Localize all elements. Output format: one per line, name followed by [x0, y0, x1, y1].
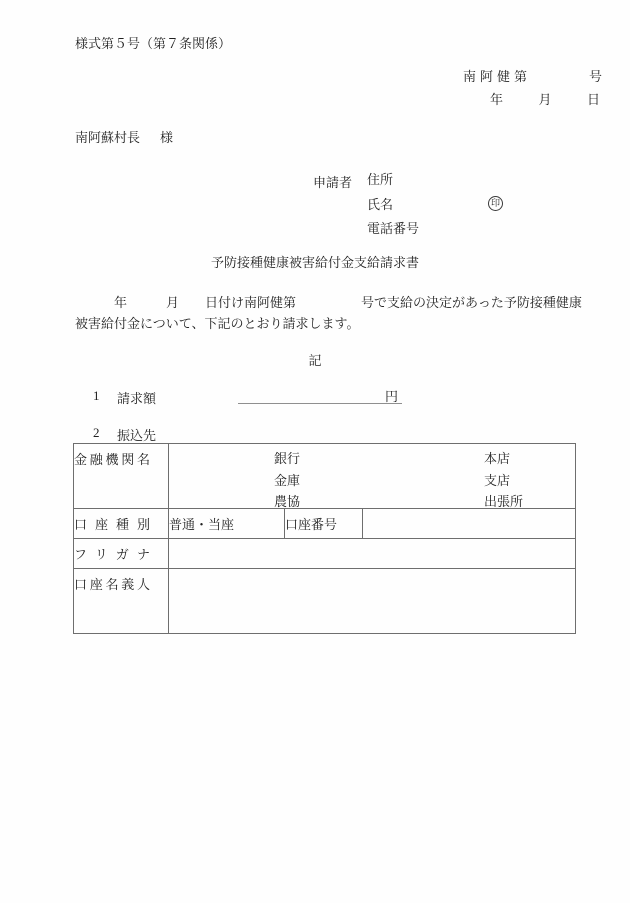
date-year-label: 年 [490, 89, 503, 108]
addressee-honorific: 様 [160, 130, 173, 145]
branch-type-sub-branch: 出張所 [484, 491, 523, 513]
applicant-name-line[interactable]: 氏名印 [367, 197, 503, 222]
account-holder-label-cell: 口座名義人 [74, 569, 169, 634]
form-code: 様式第５号（第７条関係） [75, 33, 231, 52]
seal-mark-icon: 印 [488, 196, 503, 211]
furigana-label: フリガナ [74, 544, 150, 563]
account-number-input-cell[interactable] [363, 509, 576, 539]
address-label: 住所 [367, 172, 393, 187]
body-paragraph-line2: 被害給付金について、下記のとおり請求します。 [75, 313, 359, 332]
account-holder-label: 口座名義人 [74, 574, 150, 593]
institution-type-options: 銀行 金庫 農協 [274, 448, 300, 513]
branch-type-head-office: 本店 [484, 448, 523, 470]
document-number-line: 南阿健第 号 [463, 66, 602, 85]
furigana-label-cell: フリガナ [74, 539, 169, 569]
document-page: 様式第５号（第７条関係） 南阿健第 号 年 月 日 南阿蘇村長様 申請者 住所 … [0, 0, 630, 903]
document-number-prefix: 南阿健第 [463, 66, 531, 85]
account-type-label: 口座種別 [74, 514, 150, 533]
item1-number: 1 [93, 388, 100, 404]
document-title: 予防接種健康被害給付金支給請求書 [0, 252, 630, 271]
account-type-label-cell: 口座種別 [74, 509, 169, 539]
bank-transfer-table: 金融機関名 銀行 金庫 農協 本店 支店 出張所 口座種別 普通・当座 [73, 443, 576, 634]
item2-number: 2 [93, 425, 100, 441]
phone-label: 電話番号 [367, 221, 419, 236]
claim-amount-label: 請求額 [117, 388, 156, 407]
record-mark: 記 [0, 350, 630, 369]
yen-unit-label: 円 [385, 389, 398, 404]
claim-amount-row: 1 請求額 円 [0, 388, 630, 410]
date-month-label: 月 [538, 89, 551, 108]
addressee-name: 南阿蘇村長 [75, 130, 140, 145]
account-number-label: 口座番号 [285, 517, 337, 532]
applicant-block: 申請者 住所 氏名印 電話番号 [313, 172, 503, 246]
applicant-address-line[interactable]: 住所 [367, 172, 503, 197]
claim-amount-blank-field[interactable]: 円 [238, 386, 402, 404]
financial-institution-label: 金融機関名 [74, 449, 150, 468]
branch-type-branch: 支店 [484, 470, 523, 492]
branch-type-options: 本店 支店 出張所 [484, 448, 523, 513]
account-holder-input-cell[interactable] [169, 569, 576, 634]
institution-type-shinkin: 金庫 [274, 470, 300, 492]
date-day-label: 日 [587, 89, 600, 108]
institution-type-bank: 銀行 [274, 448, 300, 470]
financial-institution-input-cell[interactable]: 銀行 金庫 農協 本店 支店 出張所 [169, 444, 576, 509]
furigana-input-cell[interactable] [169, 539, 576, 569]
account-type-options: 普通・当座 [169, 517, 234, 532]
body-paragraph-line1: 年 月 日付け南阿健第 号で支給の決定があった予防接種健康 [75, 292, 582, 311]
date-line: 年 月 日 [490, 89, 600, 108]
financial-institution-label-cell: 金融機関名 [74, 444, 169, 509]
transfer-destination-label: 振込先 [117, 425, 156, 444]
applicant-phone-line[interactable]: 電話番号 [367, 221, 503, 246]
institution-type-jarural: 農協 [274, 491, 300, 513]
addressee-line: 南阿蘇村長様 [75, 127, 173, 146]
document-number-suffix: 号 [589, 66, 602, 85]
name-label: 氏名 [367, 197, 393, 212]
account-number-label-cell: 口座番号 [285, 509, 363, 539]
account-type-options-cell[interactable]: 普通・当座 [169, 509, 285, 539]
applicant-label: 申請者 [313, 172, 352, 246]
